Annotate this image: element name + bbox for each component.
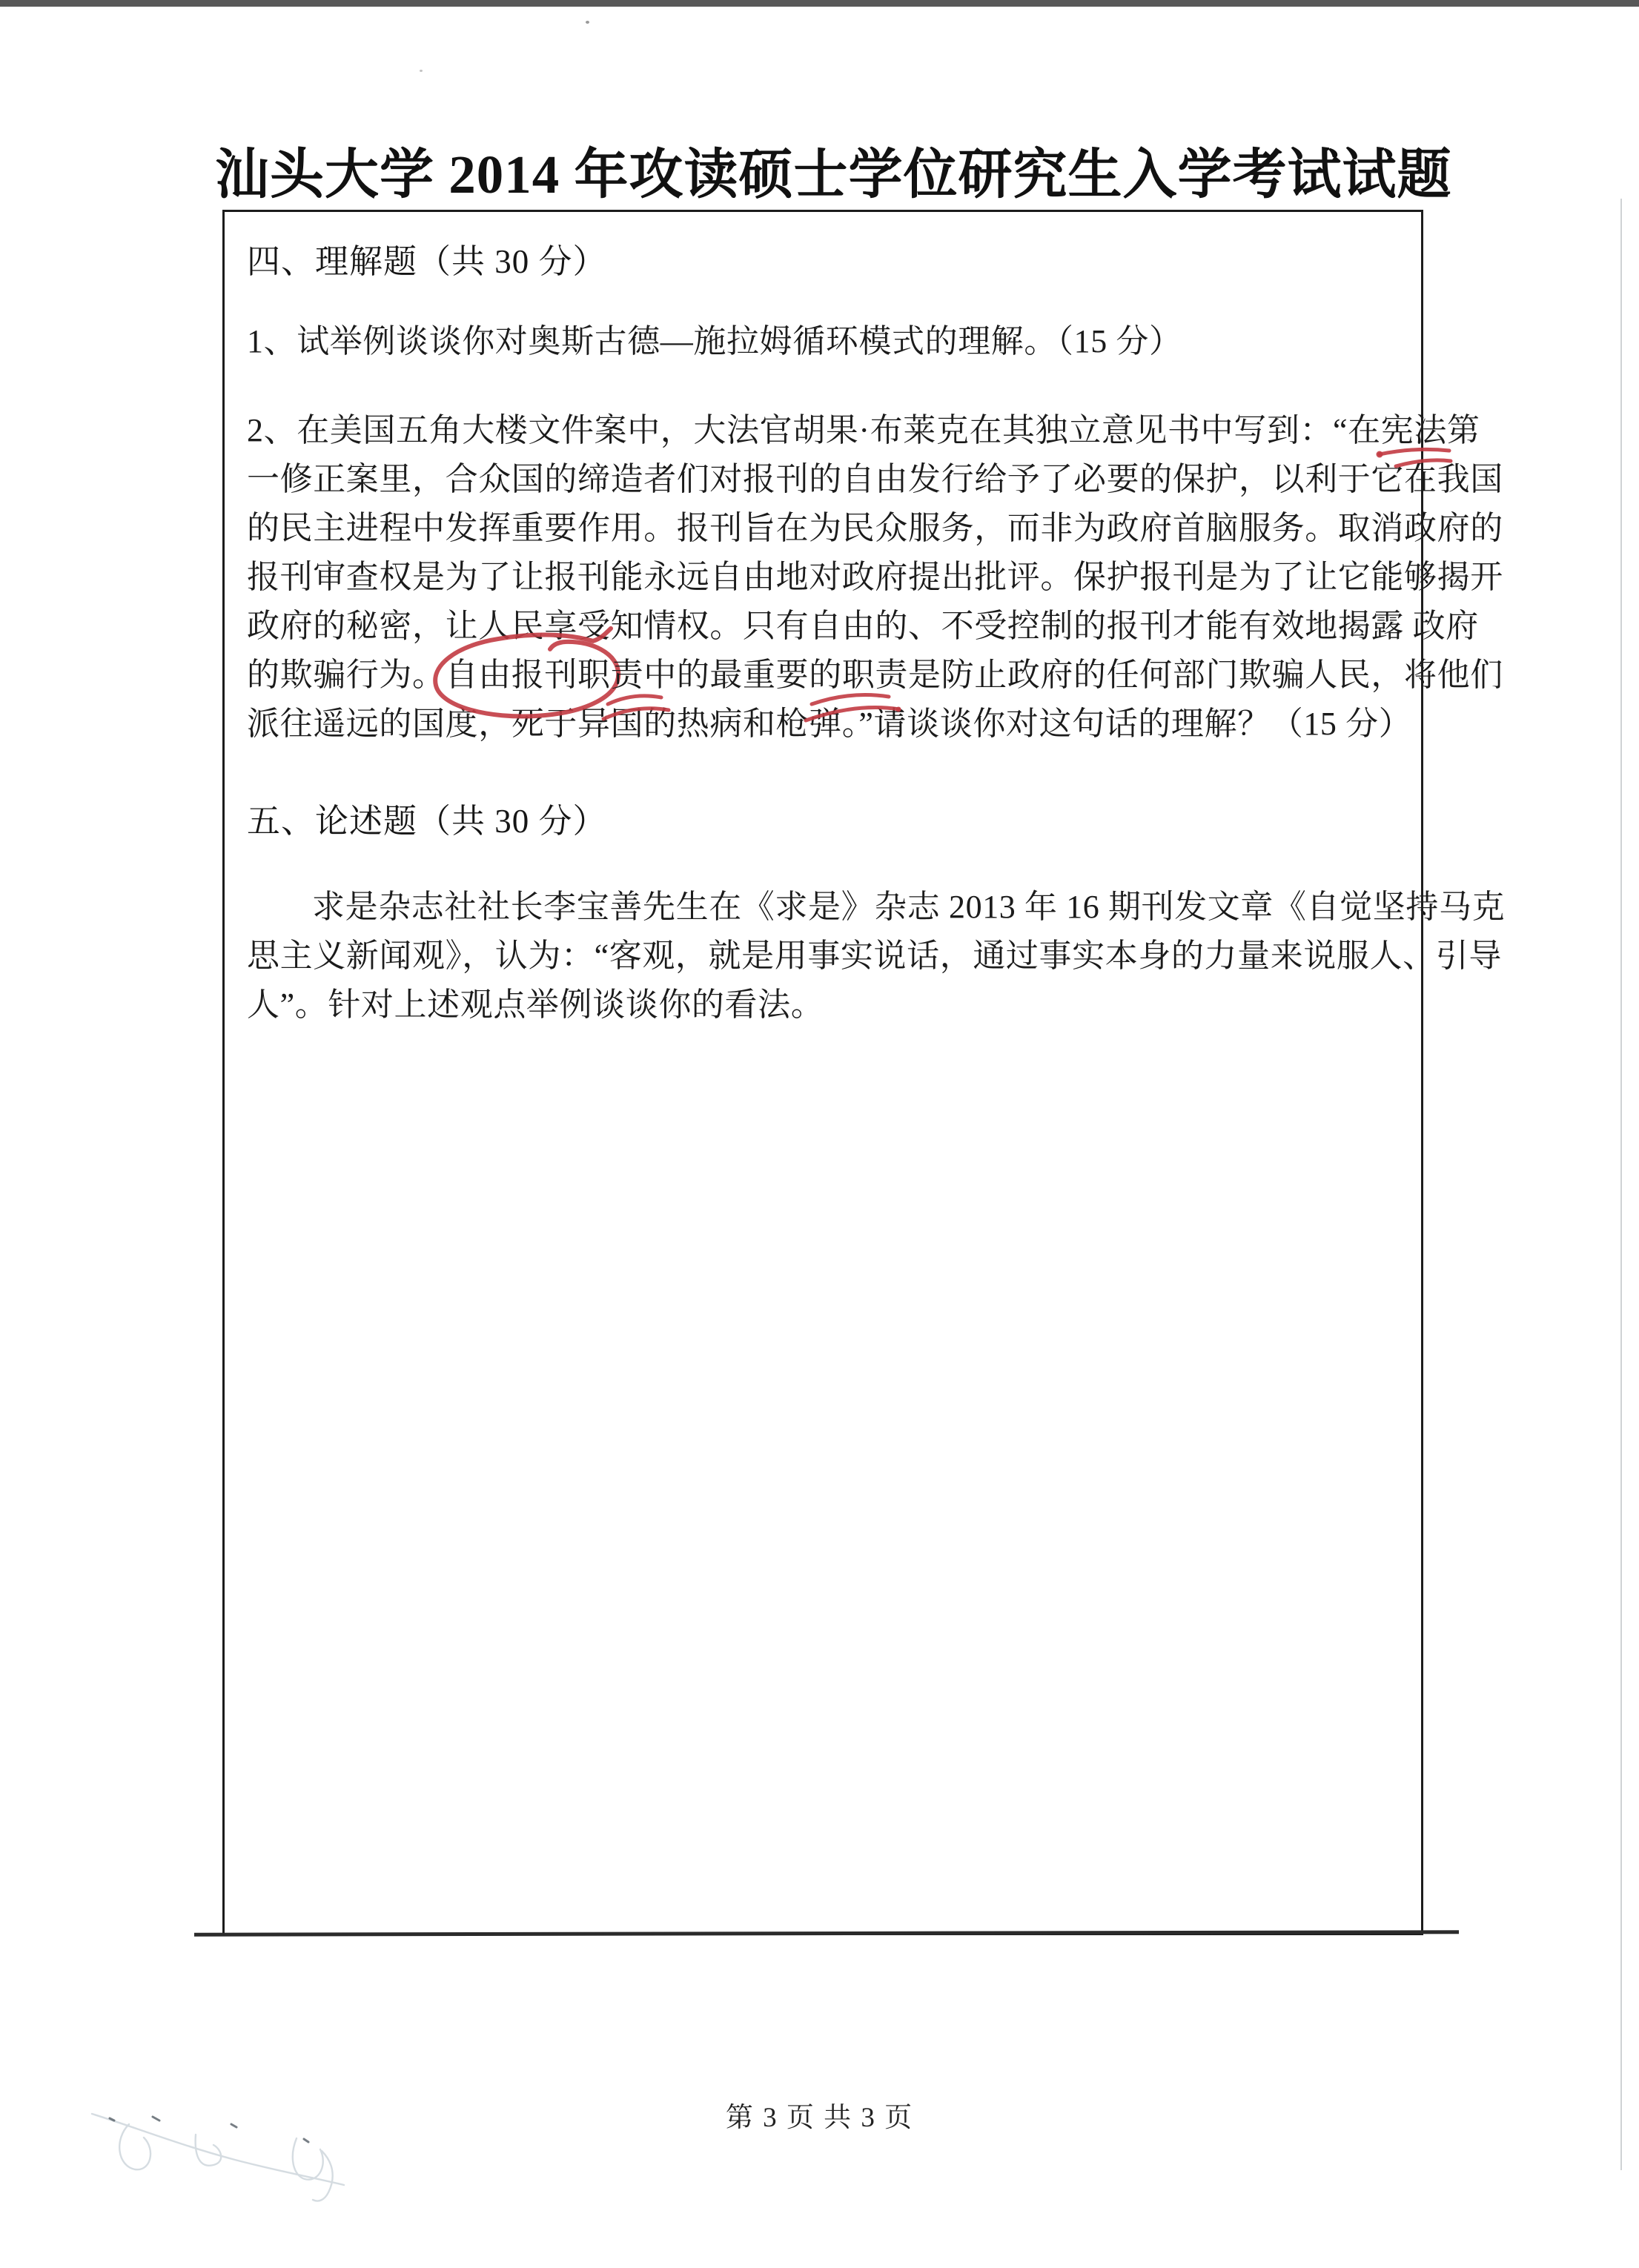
question-2: 2、在美国五角大楼文件案中，大法官胡果·布莱克在其独立意见书中写到：“在宪法第 … bbox=[247, 406, 1403, 749]
red-wavy-annotation-1: 责 bbox=[611, 651, 644, 700]
q2-l6-mid-text: 中的最重要 bbox=[643, 657, 809, 693]
scan-edge-artifact-right bbox=[1620, 199, 1622, 2170]
question-2-line-5: 政府的秘密，让人民享受知情权。只有自由的、不受控制的报刊才能有效地揭露 政府 bbox=[247, 602, 1403, 651]
q2-l6-arc1-text: 责 bbox=[611, 657, 644, 693]
page-number-footer: 第 3 页 共 3 页 bbox=[0, 2095, 1639, 2135]
q2-l6-circled-text: 自由报刊职 bbox=[446, 657, 611, 693]
question-1: 1、试举例谈谈你对奥斯古德—施拉姆循环模式的理解。（15 分） bbox=[247, 314, 1403, 362]
section-four-heading: 四、理解题（共 30 分） bbox=[247, 234, 607, 282]
q2-l1-tail: 第 bbox=[1447, 412, 1480, 448]
exam-content-frame: 四、理解题（共 30 分） 1、试举例谈谈你对奥斯古德—施拉姆循环模式的理解。（… bbox=[222, 210, 1423, 1935]
question-2-line-3: 的民主进程中发挥重要作用。报刊旨在为民众服务，而非为政府首脑服务。取消政府的 bbox=[247, 504, 1403, 553]
question-2-line-7: 派往遥远的国度，死于异国的热病和枪弹。”请谈谈你对这句话的理解？（15 分） bbox=[247, 700, 1403, 749]
scan-speck bbox=[420, 70, 423, 72]
scan-speck bbox=[586, 21, 589, 24]
question-2-line-2: 一修正案里，合众国的缔造者们对报刊的自由发行给予了必要的保护，以利于它在我国 bbox=[247, 455, 1403, 504]
q2-l6-tail: 责是防止政府的任何部门欺骗人民，将他们 bbox=[875, 657, 1503, 693]
section-five-heading: 五、论述题（共 30 分） bbox=[247, 794, 607, 842]
q2-l6-text: 的欺骗行为。 bbox=[247, 657, 446, 693]
q2-l1-marked-text: 宪法 bbox=[1381, 412, 1447, 448]
q2-l1-text: 2、在美国五角大楼文件案中，大法官胡果·布莱克在其独立意见书中写到：“在 bbox=[247, 412, 1381, 448]
page-title: 汕头大学 2014 年攻读硕士学位研究生入学考试试题 bbox=[215, 130, 1431, 208]
essay-paragraph: 求是杂志社社长李宝善先生在《求是》杂志 2013 年 16 期刊发文章《自觉坚持… bbox=[247, 883, 1403, 1029]
question-2-line-6: 的欺骗行为。自由报刊职责中的最重要的职责是防止政府的任何部门欺骗人民，将他们 bbox=[247, 651, 1403, 700]
red-wavy-annotation-2: 的职 bbox=[809, 651, 875, 700]
scan-edge-artifact-top bbox=[0, 0, 1639, 7]
red-double-underline-annotation: 宪法 bbox=[1381, 406, 1447, 455]
question-2-line-4: 报刊审查权是为了让报刊能永远自由地对政府提出批评。保护报刊是为了让它能够揭开 bbox=[247, 553, 1403, 602]
scanned-exam-page: { "page": { "title": "汕头大学 2014 年攻读硕士学位研… bbox=[0, 0, 1639, 2268]
red-circle-annotation: 自由报刊职 bbox=[446, 651, 611, 700]
essay-line-3: 人”。针对上述观点举例谈谈你的看法。 bbox=[247, 981, 1403, 1029]
essay-line-2: 思主义新闻观》，认为：“客观，就是用事实说话，通过事实本身的力量来说服人、引导 bbox=[247, 932, 1403, 981]
essay-line-1: 求是杂志社社长李宝善先生在《求是》杂志 2013 年 16 期刊发文章《自觉坚持… bbox=[247, 883, 1403, 932]
question-2-line-1: 2、在美国五角大楼文件案中，大法官胡果·布莱克在其独立意见书中写到：“在宪法第 bbox=[247, 406, 1403, 455]
q2-l6-arc2-text: 的职 bbox=[809, 657, 875, 693]
